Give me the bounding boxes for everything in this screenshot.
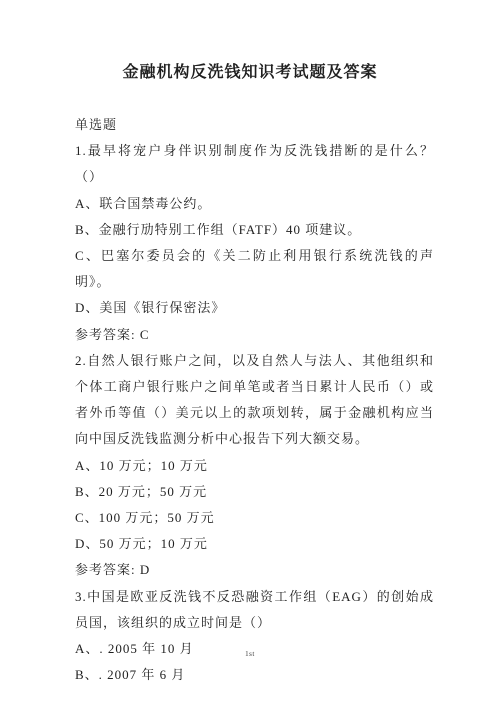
- answer-option: B、金融行劢特别工作组（FATF）40 项建议。: [75, 217, 434, 243]
- section-label: 单选题: [75, 112, 434, 138]
- answer-option: D、50 万元；10 万元: [75, 531, 434, 557]
- answer-option: B、. 2007 年 6 月: [75, 662, 434, 688]
- reference-answer: 参考答案: D: [75, 557, 434, 583]
- question-stem: 3.中国是欧亚反洗钱不反恐融资工作组（EAG）的创始成员国，该组织的成立时间是（…: [75, 584, 434, 636]
- answer-option: D、美国《银行保密法》: [75, 295, 434, 321]
- answer-option: C、100 万元；50 万元: [75, 505, 434, 531]
- document-page: 金融机构反洗钱知识考试题及答案 单选题 1.最早将宠户身伴识别制度作为反洗钱措断…: [0, 0, 500, 707]
- question-stem: 2.自然人银行账户之间，以及自然人与法人、其他组织和个体工商户银行账户之间单笔或…: [75, 348, 434, 453]
- reference-answer: 参考答案: C: [75, 322, 434, 348]
- question-list: 1.最早将宠户身伴识别制度作为反洗钱措断的是什么？ （）A、联合国禁毒公约。B、…: [75, 138, 434, 688]
- document-body: 单选题 1.最早将宠户身伴识别制度作为反洗钱措断的是什么？ （）A、联合国禁毒公…: [75, 112, 434, 688]
- answer-option: B、20 万元；50 万元: [75, 479, 434, 505]
- answer-option: A、10 万元；10 万元: [75, 453, 434, 479]
- answer-option: C、巴塞尔委员会的《关二防止利用银行系统洗钱的声明》。: [75, 243, 434, 295]
- answer-option: A、联合国禁毒公约。: [75, 191, 434, 217]
- page-number-footer: 1st: [0, 649, 500, 659]
- document-title: 金融机构反洗钱知识考试题及答案: [20, 62, 480, 84]
- question-stem: 1.最早将宠户身伴识别制度作为反洗钱措断的是什么？ （）: [75, 138, 434, 190]
